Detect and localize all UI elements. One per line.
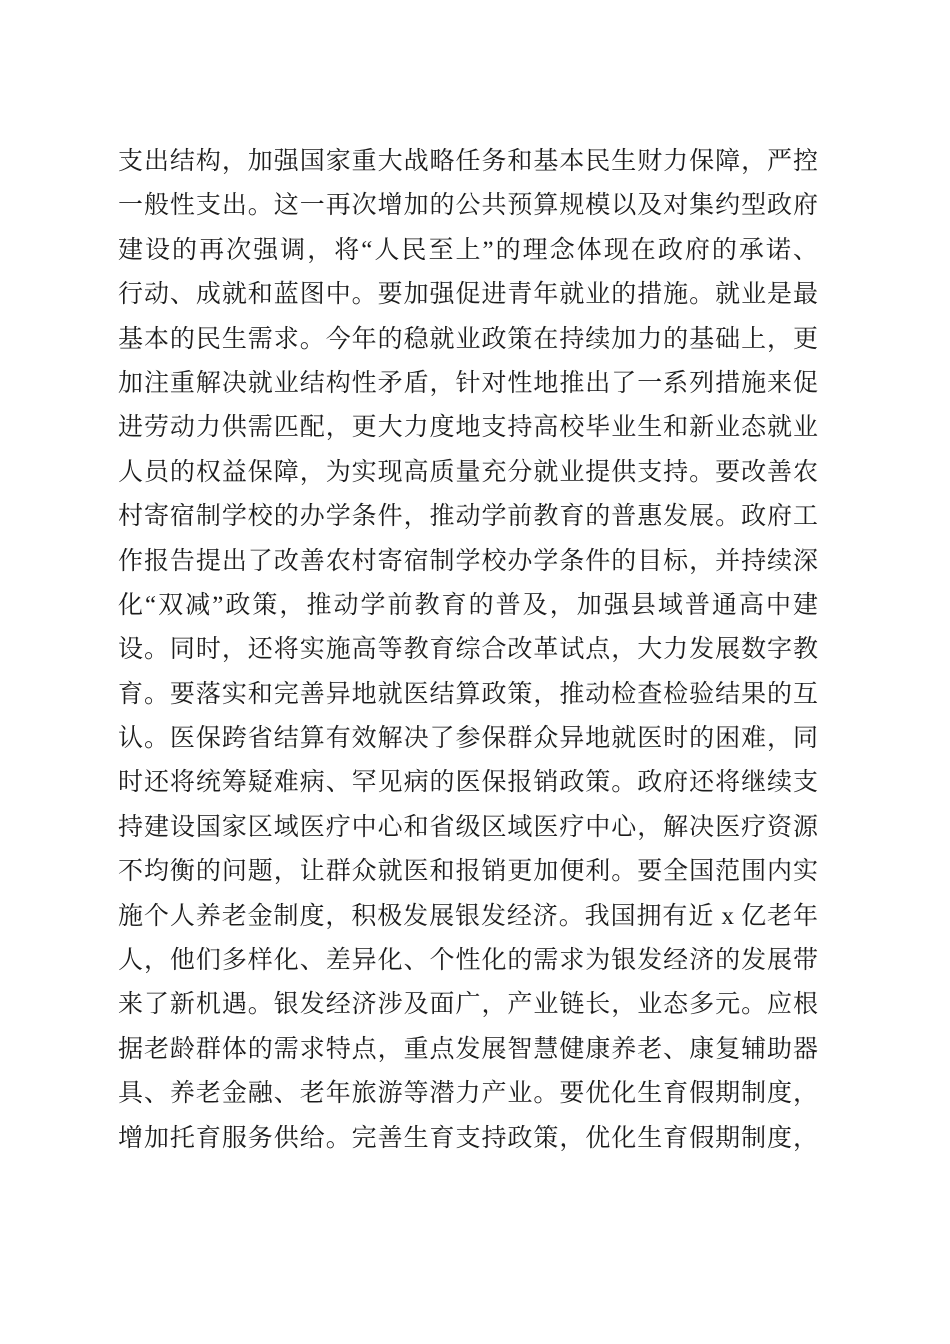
text-line: 来了新机遇。银发经济涉及面广，产业链长，业态多元。应根 (118, 983, 818, 1027)
text-line: 设。同时，还将实施高等教育综合改革试点，大力发展数字教 (118, 628, 818, 672)
text-line: 作报告提出了改善农村寄宿制学校办学条件的目标，并持续深 (118, 540, 818, 584)
paragraph-block: 支出结构，加强国家重大战略任务和基本民生财力保障，严控 一般性支出。这一再次增加… (118, 140, 818, 1161)
document-page: 支出结构，加强国家重大战略任务和基本民生财力保障，严控 一般性支出。这一再次增加… (0, 0, 950, 1344)
text-line: 据老龄群体的需求特点，重点发展智慧健康养老、康复辅助器 (118, 1028, 818, 1072)
text-line: 人，他们多样化、差异化、个性化的需求为银发经济的发展带 (118, 939, 818, 983)
text-line: 育。要落实和完善异地就医结算政策，推动检查检验结果的互 (118, 673, 818, 717)
text-line: 持建设国家区域医疗中心和省级区域医疗中心，解决医疗资源 (118, 806, 818, 850)
text-line: 基本的民生需求。今年的稳就业政策在持续加力的基础上，更 (118, 318, 818, 362)
text-line: 不均衡的问题，让群众就医和报销更加便利。要全国范围内实 (118, 850, 818, 894)
text-line: 化“双减”政策，推动学前教育的普及，加强县域普通高中建 (118, 584, 818, 628)
text-line: 进劳动力供需匹配，更大力度地支持高校毕业生和新业态就业 (118, 406, 818, 450)
text-line: 时还将统筹疑难病、罕见病的医保报销政策。政府还将继续支 (118, 761, 818, 805)
text-line: 一般性支出。这一再次增加的公共预算规模以及对集约型政府 (118, 184, 818, 228)
text-line: 认。医保跨省结算有效解决了参保群众异地就医时的困难，同 (118, 717, 818, 761)
text-line: 人员的权益保障，为实现高质量充分就业提供支持。要改善农 (118, 451, 818, 495)
text-line: 村寄宿制学校的办学条件，推动学前教育的普惠发展。政府工 (118, 495, 818, 539)
text-line: 施个人养老金制度，积极发展银发经济。我国拥有近 x 亿老年 (118, 895, 818, 939)
text-line: 增加托育服务供给。完善生育支持政策，优化生育假期制度， (118, 1117, 818, 1161)
text-line: 建设的再次强调，将“人民至上”的理念体现在政府的承诺、 (118, 229, 818, 273)
text-line: 具、养老金融、老年旅游等潜力产业。要优化生育假期制度， (118, 1072, 818, 1116)
text-line: 加注重解决就业结构性矛盾，针对性地推出了一系列措施来促 (118, 362, 818, 406)
text-line: 行动、成就和蓝图中。要加强促进青年就业的措施。就业是最 (118, 273, 818, 317)
text-line: 支出结构，加强国家重大战略任务和基本民生财力保障，严控 (118, 140, 818, 184)
